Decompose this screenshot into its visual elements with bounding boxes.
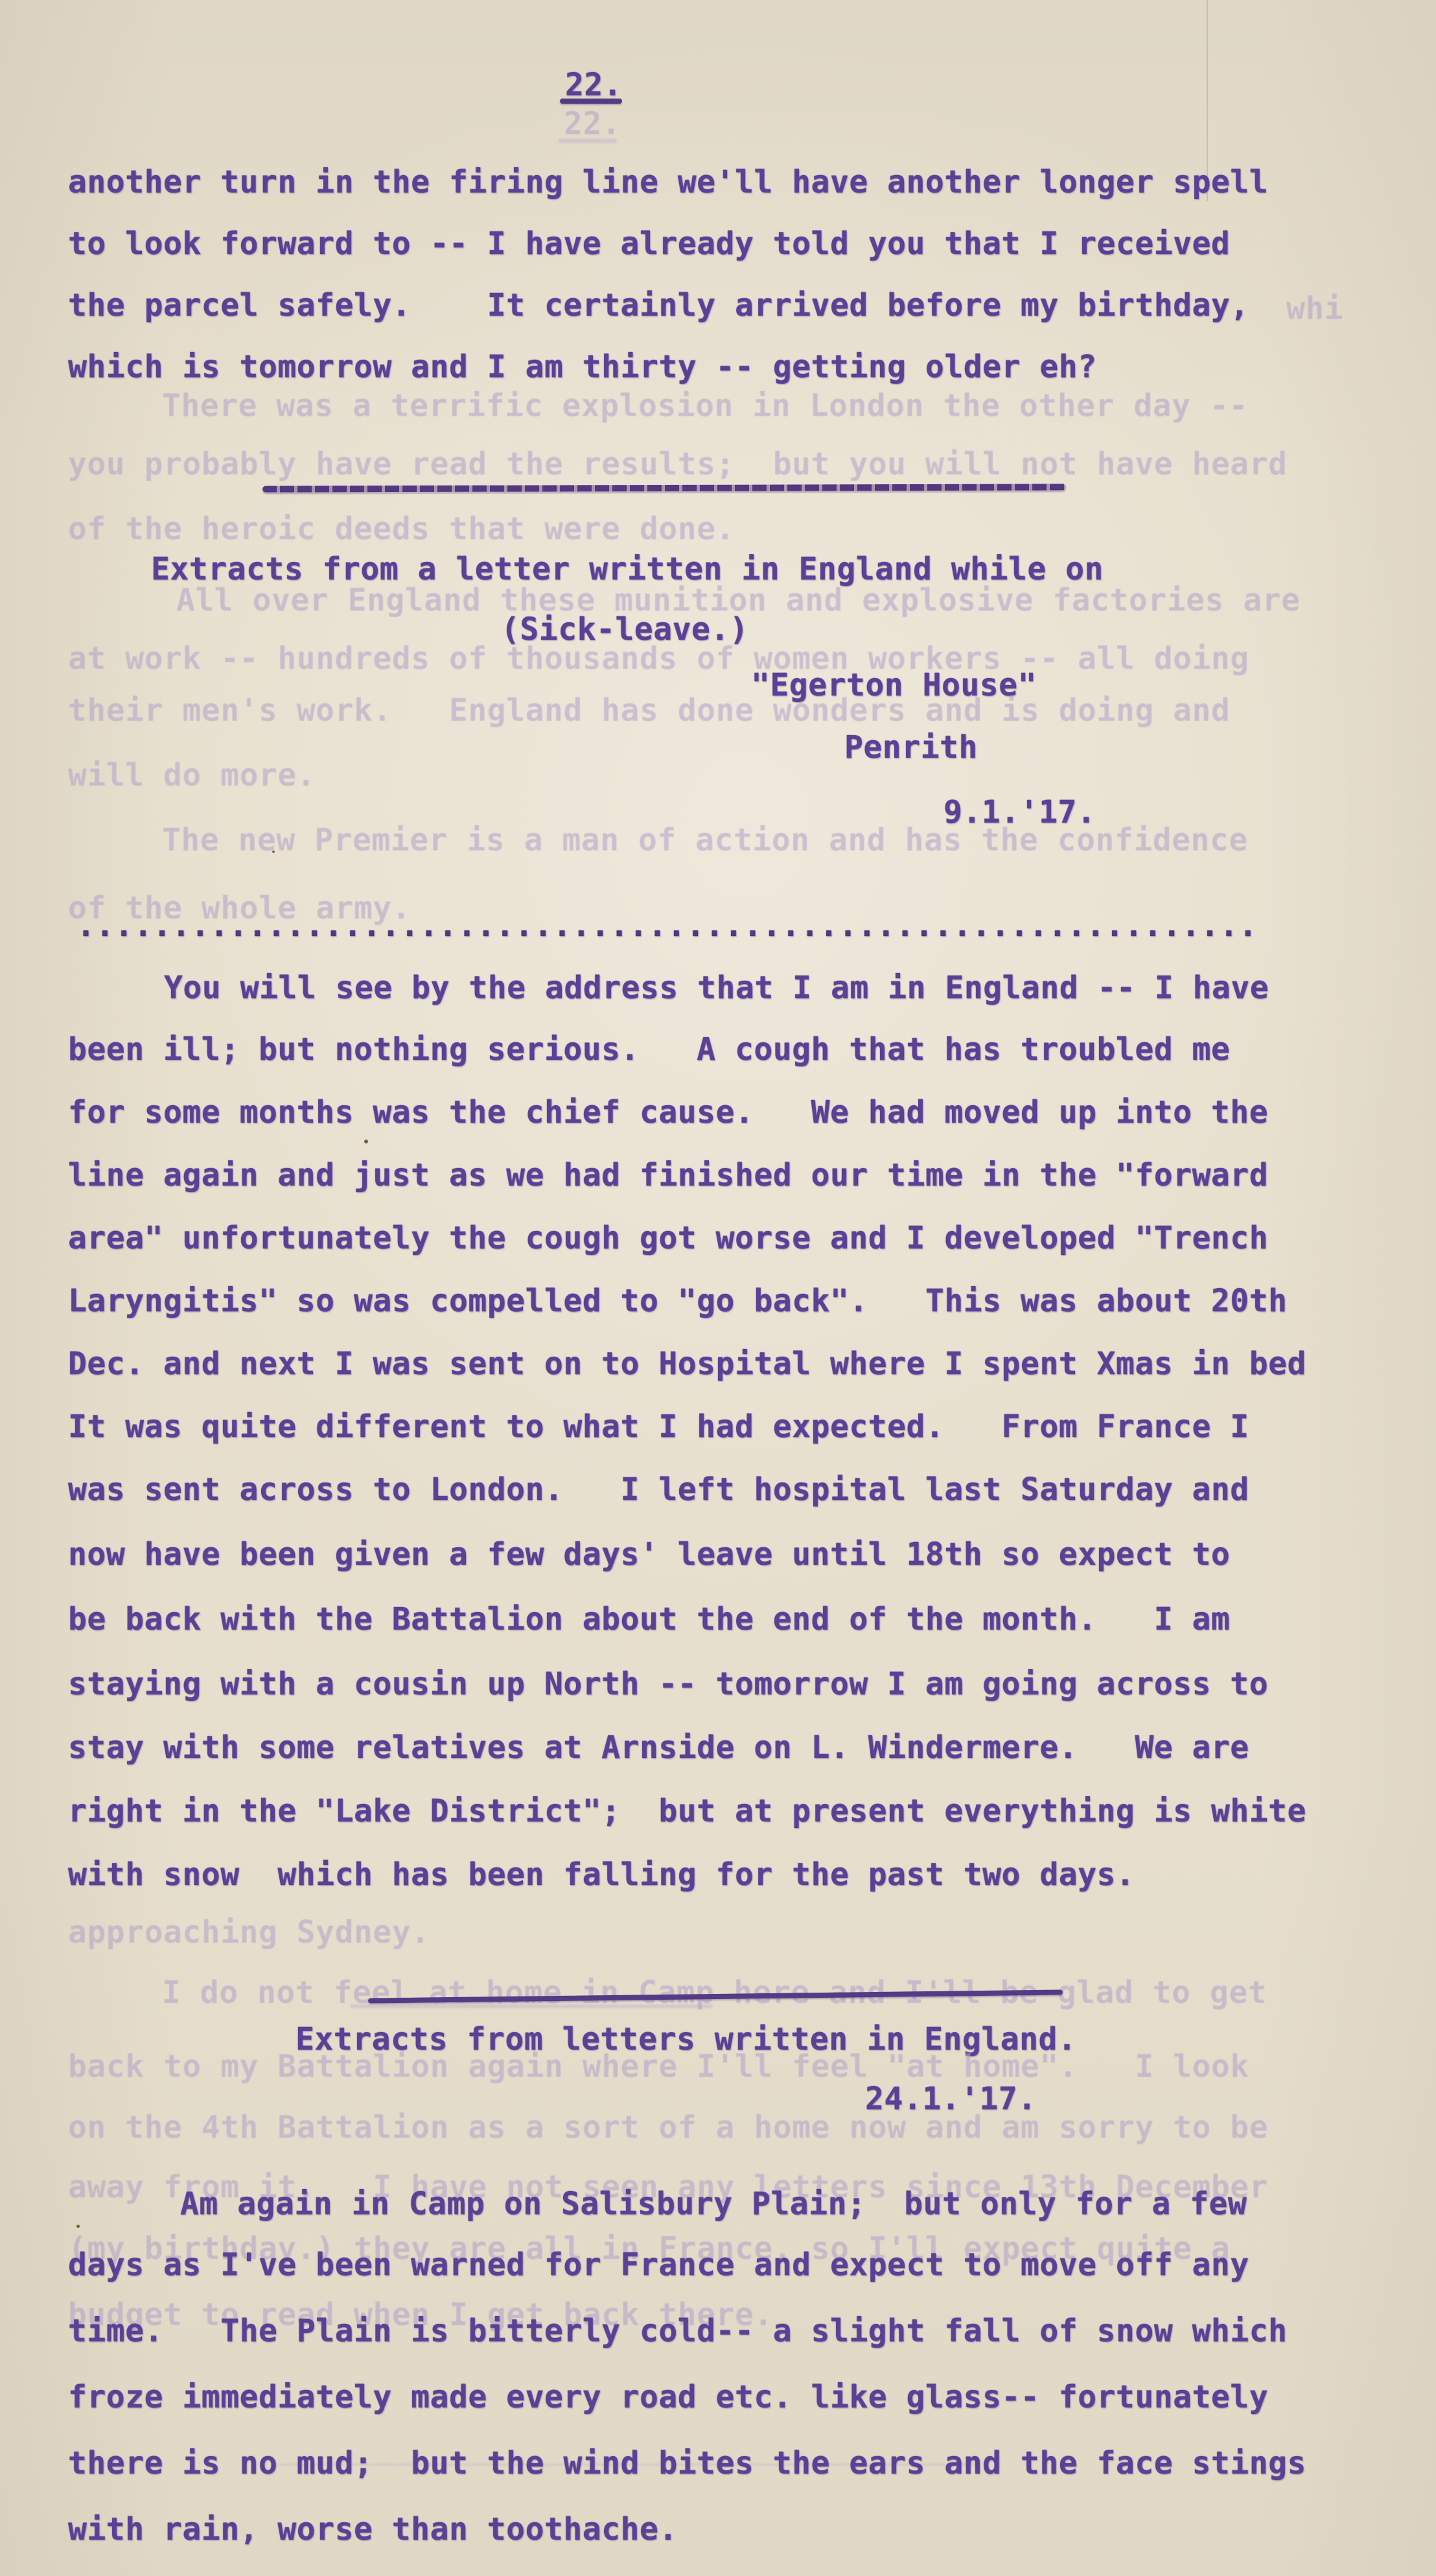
typed-line: froze immediately made every road etc. l…	[68, 2380, 1268, 2414]
typed-line: be back with the Battalion about the end…	[68, 1602, 1230, 1636]
paper-speck	[76, 2225, 80, 2228]
typed-line: line again and just as we had finished o…	[68, 1158, 1268, 1192]
ghost-line: I do not feel at home in Camp here and I…	[162, 1976, 1267, 2009]
typed-divider-rule	[262, 484, 1066, 492]
typed-line: was sent across to London. I left hospit…	[68, 1473, 1249, 1506]
typed-line: which is tomorrow and I am thirty -- get…	[68, 350, 1097, 384]
typed-line: to look forward to -- I have already tol…	[68, 227, 1230, 261]
ghost-line: will do more.	[68, 758, 316, 792]
paper-speck	[364, 1140, 368, 1143]
ghost-line: on the 4th Battalion as a sort of a home…	[68, 2111, 1268, 2144]
typed-line: right in the "Lake District"; but at pre…	[68, 1794, 1306, 1828]
typed-line: now have been given a few days' leave un…	[68, 1538, 1230, 1571]
typed-line: staying with a cousin up North -- tomorr…	[68, 1667, 1268, 1701]
typed-line: another turn in the firing line we'll ha…	[68, 165, 1268, 199]
typed-line: for some months was the chief cause. We …	[68, 1095, 1268, 1129]
typed-line: with rain, worse than toothache.	[68, 2512, 678, 2546]
typed-line: been ill; but nothing serious. A cough t…	[68, 1033, 1230, 1066]
ghost-line: There was a terrific explosion in London…	[162, 389, 1248, 423]
typed-line: with snow which has been falling for the…	[68, 1858, 1135, 1891]
typed-line: stay with some relatives at Arnside on L…	[68, 1731, 1249, 1764]
ghost-line: at work -- hundreds of thousands of wome…	[68, 642, 1249, 675]
typed-line: Laryngitis" so was compelled to "go back…	[68, 1284, 1288, 1318]
typed-line: there is no mud; but the wind bites the …	[68, 2446, 1306, 2480]
dotted-separator: ........................................…	[76, 909, 1258, 943]
section-heading-extract1: Extracts from a letter written in Englan…	[151, 552, 1104, 586]
ghost-line: back to my Battalion again where I'll fe…	[68, 2050, 1249, 2083]
page-number: 22.	[565, 68, 622, 102]
ghost-line: The new Premier is a man of action and h…	[162, 823, 1248, 857]
ghost-line: of the heroic deeds that were done.	[68, 512, 735, 546]
ghost-line: their men's work. England has done wonde…	[68, 694, 1230, 727]
ghost-line: you probably have read the results; but …	[68, 447, 1288, 481]
ghost-fragment: whi	[1286, 292, 1343, 325]
address-line-town: Penrith	[844, 731, 978, 764]
typed-line: Dec. and next I was sent on to Hospital …	[68, 1347, 1306, 1381]
typed-line: Am again in Camp on Salisbury Plain; but…	[180, 2187, 1247, 2221]
typed-line: area" unfortunately the cough got worse …	[68, 1221, 1268, 1255]
typed-line: It was quite different to what I had exp…	[68, 1410, 1249, 1444]
typed-line: the parcel safely. It certainly arrived …	[68, 288, 1249, 322]
typed-line: You will see by the address that I am in…	[164, 971, 1269, 1005]
scanned-letter-page: 22. 22. another turn in the firing line …	[0, 0, 1436, 2576]
ghost-page-number-underline	[559, 139, 617, 143]
ghost-page-number: 22.	[564, 107, 621, 141]
page-number-underline	[560, 99, 622, 104]
ghost-line: approaching Sydney.	[68, 1915, 430, 1949]
typed-line: time. The Plain is bitterly cold-- a sli…	[68, 2314, 1288, 2348]
ghost-strikethrough-rule	[350, 2004, 713, 2008]
typed-line: days as I've been warned for France and …	[68, 2248, 1249, 2282]
